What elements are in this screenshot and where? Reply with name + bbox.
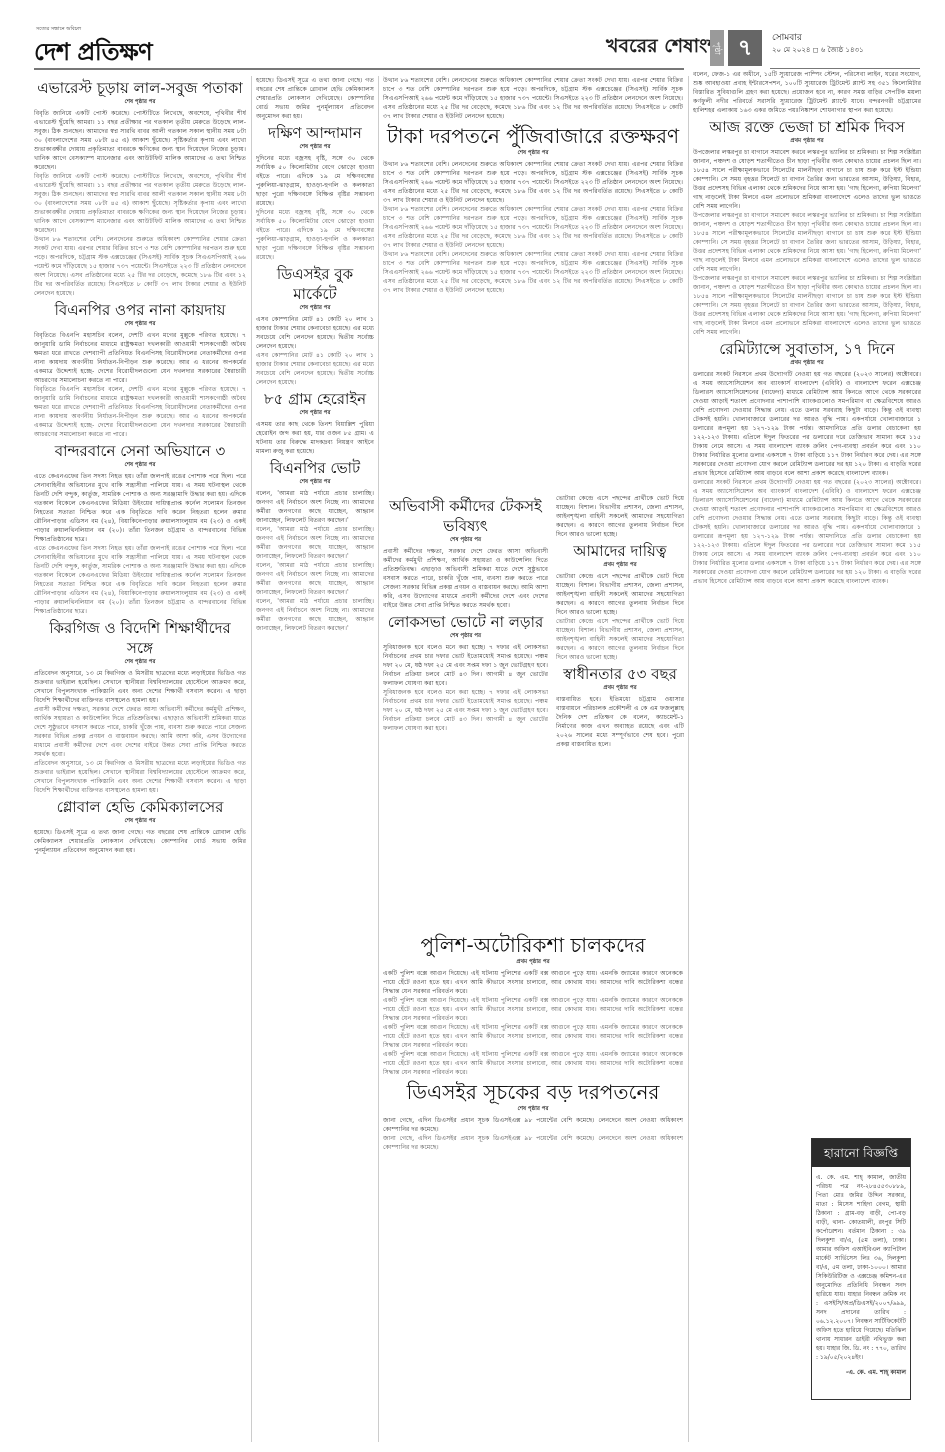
article-body: এতে কেএনএফের তিন সদস্য নিহত হয়। তাঁরা জ…	[34, 544, 246, 616]
article-body: এতে কেএনএফের তিন সদস্য নিহত হয়। তাঁরা জ…	[34, 472, 246, 544]
column-2: হয়েছে। ডিএসই সূত্রে এ তথ্য জানা গেছে। গ…	[256, 76, 374, 1442]
headline: অভিবাসী কর্মীদের টেকসই ভবিষ্যৎ	[383, 496, 548, 536]
article-body: একটি পুলিশ বক্সে আগুন দিয়েছে। এই ঘটনায়…	[383, 996, 683, 1023]
article-dse-block-market: ডিএসইর বুক মার্কেটে শেষ পৃষ্ঠার পর এসব ক…	[256, 264, 374, 387]
notice-title: হারানো বিজ্ঞপ্তি	[812, 1139, 910, 1167]
column-divider	[378, 76, 379, 1442]
article-body: উত্থান ৮৬ শতাংশের বেশি। লেনদেনের শুরুতে …	[383, 160, 683, 205]
headline: গ্লোবাল হেভি কেমিক্যালসের	[34, 797, 246, 817]
headline: ৮৫ গ্রাম হেরোইন	[256, 389, 374, 409]
article-body: জানা গেছে, এদিন ডিএসইর প্রধান সূচক ডিএসই…	[383, 1116, 683, 1134]
article-heroin: ৮৫ গ্রাম হেরোইন শেষ পৃষ্ঠার পর এসময় তার…	[256, 389, 374, 456]
headline: ডিএসইর সূচকের বড় দরপতনের	[383, 1079, 683, 1105]
article-global-heavy-chemicals: গ্লোবাল হেভি কেমিক্যালসের শেষ পৃষ্ঠার পর…	[34, 797, 246, 855]
article-body: দুদিনের মধ্যে বজ্রসহ বৃষ্টি, সঙ্গে ৩০ থে…	[256, 208, 374, 262]
headline: কিরগিজ ও বিদেশি শিক্ষার্থীদের সঙ্গে	[34, 618, 246, 658]
logo-tagline: সত্যের সন্ধানে অবিচল	[36, 26, 152, 34]
article-body: বলেন, ফেজ-১ এর অধীনে, ১৫টি স্যুয়ারেজ পা…	[693, 70, 921, 115]
article-body: বলেন, 'আমরা মাঠ পর্যায়ে প্রচার চালাচ্ছি…	[256, 597, 374, 633]
article-body: ডলারের সংকট নিরসনে প্রথম উদ্যোগটি নেওয়া…	[693, 370, 921, 478]
article-body: উত্থান ৮৬ শতাংশের বেশি। লেনদেনের শুরুতে …	[34, 235, 246, 298]
article-our-duty: আমাদের দায়িত্ব প্রথম পৃষ্ঠার পর ভোটারা …	[556, 541, 684, 662]
page-label: পৃষ্ঠা	[710, 30, 724, 66]
continued-label: শেষ পৃষ্ঠার পর	[256, 409, 374, 418]
headline: বান্দরবানে সেনা অভিযানে ৩	[34, 441, 246, 461]
article-body: বিবৃতি জানিয়ে একটি পোস্ট করেছে। পোস্টটি…	[34, 172, 246, 235]
headline: টাকা দরপতনে পুঁজিবাজারে রক্তক্ষরণ	[383, 123, 683, 149]
continued-label: শেষ পৃষ্ঠার পর	[256, 478, 374, 487]
article-taka-depreciation: টাকা দরপতনে পুঁজিবাজারে রক্তক্ষরণ শেষ পৃ…	[383, 123, 683, 295]
article-53-years-independence: স্বাধীনতার ৫৩ বছর প্রথম পৃষ্ঠার পর বাস্ত…	[556, 664, 684, 749]
article-body: প্রতিবেদন অনুসারে, ১৩ মে কিরগিজ ও মিসরীয…	[34, 759, 246, 795]
column-divider	[688, 76, 689, 1442]
continued-label: প্রথম পৃষ্ঠার পর	[383, 958, 683, 967]
continued-label: শেষ পৃষ্ঠার পর	[34, 98, 246, 107]
article-body: সুবিধাজনক হবে বলেও মনে করা হচ্ছে। ৭ দফার…	[383, 688, 548, 733]
column-1: এভারেস্ট চূড়ায় লাল-সবুজ পতাকা শেষ পৃষ্…	[34, 76, 246, 1442]
article-migrant-workers: অভিবাসী কর্মীদের টেকসই ভবিষ্যৎ শেষ পৃষ্ঠ…	[383, 496, 548, 610]
article-body: একটি পুলিশ বক্সে আগুন দিয়েছে। এই ঘটনায়…	[383, 969, 683, 996]
article-body: একটি পুলিশ বক্সে আগুন দিয়েছে। এই ঘটনায়…	[383, 1050, 683, 1077]
article-kyrgyz: কিরগিজ ও বিদেশি শিক্ষার্থীদের সঙ্গে শেষ …	[34, 618, 246, 795]
article-body: সুবিধাজনক হবে বলেও মনে করা হচ্ছে। ৭ দফার…	[383, 643, 548, 688]
notice-body: এ. কে. এম. শাহ্ কামাল, জাতীয় পরিচয় পত্…	[812, 1167, 910, 1383]
middle-block-3: পুলিশ-অটোরিকশা চালকদের প্রথম পৃষ্ঠার পর …	[383, 930, 683, 1442]
article-body: প্রবাসী কর্মীদের দক্ষতা, সরকার দেশে ফেরত…	[383, 547, 548, 610]
headline: আমাদের দায়িত্ব	[556, 541, 684, 561]
date-rule	[770, 68, 920, 69]
continued-label: শেষ পৃষ্ঠার পর	[34, 320, 246, 329]
headline: দক্ষিণ আন্দামান	[256, 123, 374, 143]
continued-label: শেষ পৃষ্ঠার পর	[34, 461, 246, 470]
middle-block-2: অভিবাসী কর্মীদের টেকসই ভবিষ্যৎ শেষ পৃষ্ঠ…	[383, 494, 548, 934]
continued-label: শেষ পৃষ্ঠার পর	[383, 536, 548, 545]
issue-date: ২০ মে ২০২৪ ◻ ৬ জ্যৈষ্ঠ ১৪৩১	[772, 44, 864, 56]
article-body: দুদিনের মধ্যে বজ্রসহ বৃষ্টি, সঙ্গে ৩০ থে…	[256, 154, 374, 208]
article-body: ভোটারা কেন্দ্রে এসে পছন্দের প্রার্থীকে ভ…	[556, 572, 684, 617]
newspaper-logo: সত্যের সন্ধানে অবিচল দেশ প্রতিক্ষণ	[34, 26, 152, 74]
article-body: উত্থান ৮৬ শতাংশের বেশি। লেনদেনের শুরুতে …	[383, 205, 683, 250]
page-number: ৭	[728, 30, 762, 66]
continued-label: প্রথম পৃষ্ঠার পর	[693, 359, 921, 368]
article-body: উপজেলার লস্করপুর চা বাগানে সমাবেশ করবে ল…	[693, 211, 921, 274]
continued-label: শেষ পৃষ্ঠার পর	[256, 304, 374, 313]
newspaper-name: দেশ প্রতিক্ষণ	[34, 38, 152, 66]
article-body: বলেন, 'আমরা মাঠ পর্যায়ে প্রচার চালাচ্ছি…	[256, 561, 374, 597]
masthead-rule	[34, 68, 684, 70]
article-south-andaman: দক্ষিণ আন্দামান শেষ পৃষ্ঠার পর দুদিনের ম…	[256, 123, 374, 262]
headline: এভারেস্ট চূড়ায় লাল-সবুজ পতাকা	[34, 78, 246, 98]
article-bnp-pressure: বিএনপির ওপর নানা কায়দায় শেষ পৃষ্ঠার পর…	[34, 300, 246, 439]
article-body: ভোটারা কেন্দ্রে এসে পছন্দের প্রার্থীকে ভ…	[556, 494, 684, 539]
article-body: বিবৃতিতে বিএনপি মহাসচিব বলেন, দেশটি এখন …	[34, 385, 246, 439]
article-body: হয়েছে। ডিএসই সূত্রে এ তথ্য জানা গেছে। গ…	[34, 828, 246, 855]
article-body: বলেন, 'আমরা মাঠ পর্যায়ে প্রচার চালাচ্ছি…	[256, 525, 374, 561]
middle-top-block: উত্থান ৮৬ শতাংশের বেশি। লেনদেনের শুরুতে …	[383, 76, 683, 496]
article-body: উত্থান ৮৬ শতাংশের বেশি। লেনদেনের শুরুতে …	[383, 250, 683, 295]
article-body: উপজেলার লস্করপুর চা বাগানে সমাবেশ করবে ল…	[693, 148, 921, 211]
article-remittance: রেমিট্যান্সে সুবাতাস, ১৭ দিনে প্রথম পৃষ্…	[693, 339, 921, 586]
article-body: জানা গেছে, এদিন ডিএসইর প্রধান সূচক ডিএসই…	[383, 1134, 683, 1152]
masthead: সত্যের সন্ধানে অবিচল দেশ প্রতিক্ষণ খবরের…	[0, 26, 945, 66]
headline: স্বাধীনতার ৫৩ বছর	[556, 664, 684, 684]
notice-text: এ. কে. এম. শাহ্ কামাল, জাতীয় পরিচয় পত্…	[816, 1173, 906, 1362]
continued-label: শেষ পৃষ্ঠার পর	[383, 149, 683, 158]
continued-label: শেষ পৃষ্ঠার পর	[383, 1105, 683, 1114]
article-body: বিবৃতি জানিয়ে একটি পোস্ট করেছে। পোস্টটি…	[34, 109, 246, 172]
weekday: সোমবার	[772, 30, 802, 45]
article-body: ডলারের সংকট নিরসনে প্রথম উদ্যোগটি নেওয়া…	[693, 478, 921, 586]
article-body: উপজেলার লস্করপুর চা বাগানে সমাবেশ করবে ল…	[693, 274, 921, 337]
notice-signature: -এ. কে. এম. শাহ্ কামাল	[816, 1368, 906, 1377]
continued-label: শেষ পৃষ্ঠার পর	[34, 817, 246, 826]
article-body: একটি পুলিশ বক্সে আগুন দিয়েছে। এই ঘটনায়…	[383, 1023, 683, 1050]
continued-label: প্রথম পৃষ্ঠার পর	[556, 561, 684, 570]
headline: বিএনপির ওপর নানা কায়দায়	[34, 300, 246, 320]
continued-label: প্রথম পৃষ্ঠার পর	[693, 137, 921, 146]
headline: আজ রক্তে ভেজা চা শ্রমিক দিবস	[693, 117, 921, 137]
article-bandarban: বান্দরবানে সেনা অভিযানে ৩ শেষ পৃষ্ঠার পর…	[34, 441, 246, 616]
article-body: ভোটারা কেন্দ্রে এসে পছন্দের প্রার্থীকে ভ…	[556, 617, 684, 662]
article-body: উত্থান ৮৬ শতাংশের বেশি। লেনদেনের শুরুতে …	[383, 76, 683, 121]
article-body: এসব কোম্পানির মোট ৪১ কোটি ২০ লাখ ১ হাজার…	[256, 315, 374, 351]
article-body: এসব কোম্পানির মোট ৪১ কোটি ২০ লাখ ১ হাজার…	[256, 351, 374, 387]
article-body: প্রবাসী কর্মীদের দক্ষতা, সরকার দেশে ফেরত…	[34, 705, 246, 759]
headline: রেমিট্যান্সে সুবাতাস, ১৭ দিনে	[693, 339, 921, 359]
article-police-autorickshaw: পুলিশ-অটোরিকশা চালকদের প্রথম পৃষ্ঠার পর …	[383, 932, 683, 1077]
headline: পুলিশ-অটোরিকশা চালকদের	[383, 932, 683, 958]
column-4: ভোটারা কেন্দ্রে এসে পছন্দের প্রার্থীকে ভ…	[556, 494, 684, 930]
article-tea-workers-day: আজ রক্তে ভেজা চা শ্রমিক দিবস প্রথম পৃষ্ঠ…	[693, 117, 921, 337]
article-everest: এভারেস্ট চূড়ায় লাল-সবুজ পতাকা শেষ পৃষ্…	[34, 78, 246, 298]
article-body: বলেন, 'আমরা মাঠ পর্যায়ে প্রচার চালাচ্ছি…	[256, 489, 374, 525]
article-lok-sabha: লোকসভা ভোটে না লড়ার শেষ পৃষ্ঠার পর সুবি…	[383, 612, 548, 733]
continued-label: শেষ পৃষ্ঠার পর	[256, 143, 374, 152]
continued-label: প্রথম পৃষ্ঠার পর	[556, 684, 684, 693]
lost-notice-box: হারানো বিজ্ঞপ্তি এ. কে. এম. শাহ্ কামাল, …	[811, 1138, 911, 1400]
article-body: হয়েছে। ডিএসই সূত্রে এ তথ্য জানা গেছে। গ…	[256, 76, 374, 121]
headline: বিএনপির ভোট	[256, 458, 374, 478]
article-body: এসময় তার কাছ থেকে তিনশ বিয়াল্লিশ পুরিয…	[256, 420, 374, 456]
section-title: খবরের শেষাংশ	[606, 32, 719, 64]
continued-label: শেষ পৃষ্ঠার পর	[34, 658, 246, 667]
continued-label: শেষ পৃষ্ঠার পর	[383, 632, 548, 641]
article-body: বাস্তবায়িত হবে। ইতিমধ্যে চট্টগ্রাম ওয়া…	[556, 695, 684, 749]
headline: লোকসভা ভোটে না লড়ার	[383, 612, 548, 632]
column-divider	[251, 76, 252, 1442]
article-body: বিবৃতিতে বিএনপি মহাসচিব বলেন, দেশটি এখন …	[34, 331, 246, 385]
article-bnp-vote: বিএনপির ভোট শেষ পৃষ্ঠার পর বলেন, 'আমরা ম…	[256, 458, 374, 633]
article-body: প্রতিবেদন অনুসারে, ১৩ মে কিরগিজ ও মিসরীয…	[34, 669, 246, 705]
article-dse-index-fall: ডিএসইর সূচকের বড় দরপতনের শেষ পৃষ্ঠার পর…	[383, 1079, 683, 1152]
headline: ডিএসইর বুক মার্কেটে	[256, 264, 374, 304]
